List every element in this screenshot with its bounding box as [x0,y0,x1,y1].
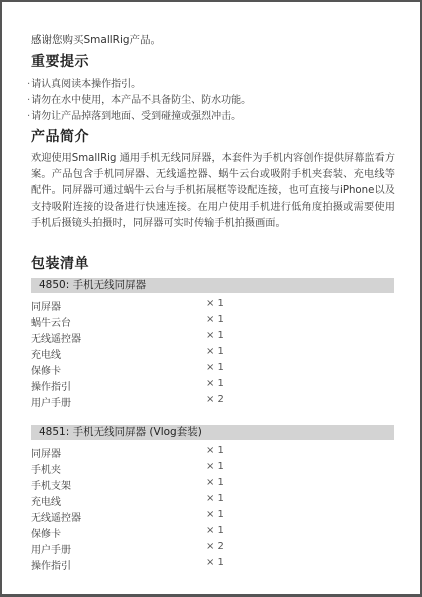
item-qty: × 1 [206,557,224,568]
item-name: 保修卡 [31,362,61,377]
list-item: 手机夹× 1 [31,459,395,475]
list-item: 保修卡× 1 [31,360,395,376]
list-item: 同屏器× 1 [31,443,395,459]
item-qty: × 1 [206,461,224,472]
item-name: 同屏器 [31,445,61,460]
list-item: 手机支架× 1 [31,475,395,491]
item-qty: × 1 [206,509,224,520]
bullet-icon: · [27,95,30,106]
item-name: 蜗牛云台 [31,314,71,329]
item-name: 用户手册 [31,541,71,556]
item-qty: × 2 [206,541,224,552]
intro-body: 欢迎使用SmallRig 通用手机无线同屏器，本套件为手机内容创作提供屏幕监看方… [31,151,395,232]
item-qty: × 1 [206,330,224,341]
list-item: 无线遥控器× 1 [31,328,395,344]
bullet-icon: · [27,111,30,122]
list-item: 用户手册× 2 [31,539,395,555]
notice-text: 请勿在水中使用，本产品不具备防尘、防水功能。 [31,95,251,106]
item-name: 无线遥控器 [31,509,81,524]
notice-item: ·请勿让产品掉落到地面、受到碰撞或强烈冲击。 [27,107,241,122]
list-item: 操作指引× 1 [31,555,395,571]
item-name: 用户手册 [31,394,71,409]
item-name: 充电线 [31,493,61,508]
item-qty: × 1 [206,477,224,488]
notice-text: 请认真阅读本操作指引。 [31,79,141,90]
list-item: 保修卡× 1 [31,523,395,539]
item-qty: × 1 [206,314,224,325]
item-qty: × 1 [206,493,224,504]
item-name: 保修卡 [31,525,61,540]
item-name: 手机夹 [31,461,61,476]
item-qty: × 1 [206,298,224,309]
item-name: 操作指引 [31,557,71,572]
bullet-icon: · [27,79,30,90]
item-name: 同屏器 [31,298,61,313]
notice-item: ·请勿在水中使用，本产品不具备防尘、防水功能。 [27,91,251,106]
list-item: 无线遥控器× 1 [31,507,395,523]
item-qty: × 1 [206,378,224,389]
item-qty: × 1 [206,525,224,536]
item-name: 操作指引 [31,378,71,393]
item-name: 充电线 [31,346,61,361]
thanks-text: 感谢您购买SmallRig产品。 [31,32,161,47]
list-item: 用户手册× 2 [31,392,395,408]
list-item: 充电线× 1 [31,344,395,360]
notice-item: ·请认真阅读本操作指引。 [27,75,141,90]
notice-text: 请勿让产品掉落到地面、受到碰撞或强烈冲击。 [31,111,241,122]
list-item: 操作指引× 1 [31,376,395,392]
kit-header-4851: 4851: 手机无线同屏器 (Vlog套装) [31,425,394,440]
item-name: 手机支架 [31,477,71,492]
list-item: 蜗牛云台× 1 [31,312,395,328]
list-item: 同屏器× 1 [31,296,395,312]
item-qty: × 1 [206,346,224,357]
notice-title: 重要提示 [31,51,89,71]
intro-title: 产品简介 [31,126,89,146]
document-page: 感谢您购买SmallRig产品。 重要提示 ·请认真阅读本操作指引。 ·请勿在水… [0,0,422,597]
kit-header-4850: 4850: 手机无线同屏器 [31,278,394,293]
packing-title: 包装清单 [31,253,89,273]
item-qty: × 2 [206,394,224,405]
kit-items-4850: 同屏器× 1 蜗牛云台× 1 无线遥控器× 1 充电线× 1 保修卡× 1 操作… [31,296,395,408]
item-name: 无线遥控器 [31,330,81,345]
list-item: 充电线× 1 [31,491,395,507]
item-qty: × 1 [206,362,224,373]
item-qty: × 1 [206,445,224,456]
kit-items-4851: 同屏器× 1 手机夹× 1 手机支架× 1 充电线× 1 无线遥控器× 1 保修… [31,443,395,571]
